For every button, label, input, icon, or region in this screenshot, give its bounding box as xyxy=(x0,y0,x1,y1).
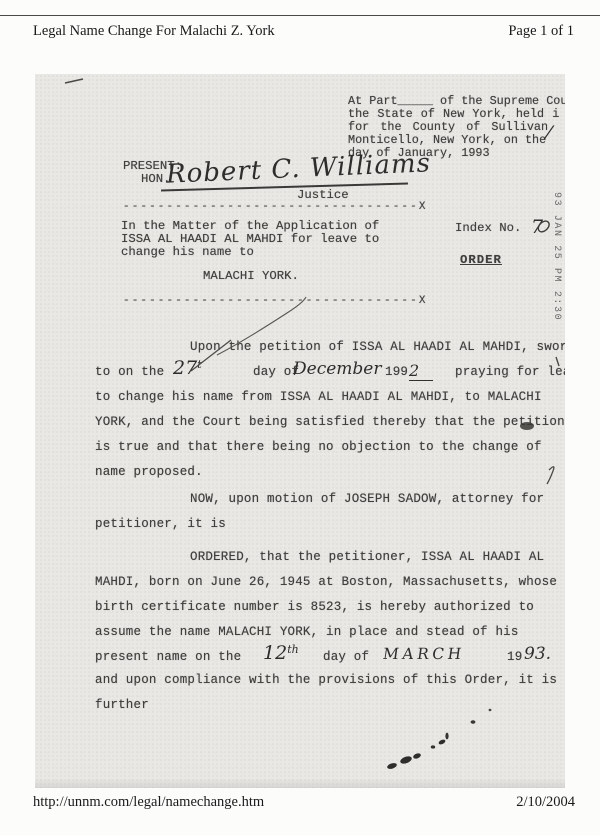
body-text: day of xyxy=(323,650,369,664)
print-footer-date: 2/10/2004 xyxy=(516,794,575,811)
body-line: to change his name from ISSA AL HAADI AL… xyxy=(95,390,542,404)
handwritten-day: 12th xyxy=(263,642,299,664)
handwritten-month: December xyxy=(293,359,381,379)
order-label: ORDER xyxy=(460,254,502,268)
print-header-title: Legal Name Change For Malachi Z. York xyxy=(33,23,275,40)
body-line: Upon the petition of ISSA AL HAADI AL MA… xyxy=(190,340,565,354)
caption-divider-top: ----------------------------------X xyxy=(123,201,428,213)
header-rule xyxy=(0,15,600,16)
body-line: ORDERED, that the petitioner, ISSA AL HA… xyxy=(190,550,544,564)
print-header-page-indicator: Page 1 of 1 xyxy=(508,23,574,40)
handwritten-year-digit: 2 xyxy=(409,361,433,381)
body-line: assume the name MALACHI YORK, in place a… xyxy=(95,625,519,639)
body-line: MAHDI, born on June 26, 1945 at Boston, … xyxy=(95,575,557,589)
body-line-handwritten-date: to on the 27t day of December 199 2 pray… xyxy=(35,363,565,387)
body-line: birth certificate number is 8523, is her… xyxy=(95,600,534,614)
body-line: further xyxy=(95,698,149,712)
handwritten-day-slash: / xyxy=(545,122,554,144)
matter-line: change his name to xyxy=(121,246,254,260)
handwritten-index-number: 7 xyxy=(531,216,543,238)
handwritten-year-digits: 93. xyxy=(524,644,551,664)
body-text: praying for leave xyxy=(455,365,565,379)
body-line: YORK, and the Court being satisfied ther… xyxy=(95,415,565,429)
received-date-stamp: 93 JAN 25 PM 2:30 xyxy=(551,192,562,324)
print-footer-url: http://unnm.com/legal/namechange.htm xyxy=(33,794,264,811)
body-line: is true and that there being no objectio… xyxy=(95,440,542,454)
body-text: 19 xyxy=(507,650,522,664)
print-preview-page: Legal Name Change For Malachi Z. York Pa… xyxy=(0,0,600,835)
body-text: 199 xyxy=(385,365,408,379)
body-line: and upon compliance with the provisions … xyxy=(95,673,557,687)
body-line: NOW, upon motion of JOSEPH SADOW, attorn… xyxy=(190,492,544,506)
body-line-handwritten-date: present name on the 12th day of MARCH 19… xyxy=(35,648,565,672)
scanned-document: At Part_____ of the Supreme Cou the Stat… xyxy=(35,74,565,788)
handwritten-day: 27t xyxy=(173,357,202,379)
body-text: present name on the xyxy=(95,650,241,664)
body-line: name proposed. xyxy=(95,465,203,479)
caption-divider-bottom: ----------------------------------X xyxy=(123,295,428,307)
new-name: MALACHI YORK. xyxy=(203,270,299,284)
index-number-label: Index No. xyxy=(455,222,521,236)
handwritten-month: MARCH xyxy=(382,645,466,663)
body-text: to on the xyxy=(95,365,164,379)
body-line: petitioner, it is xyxy=(95,517,226,531)
